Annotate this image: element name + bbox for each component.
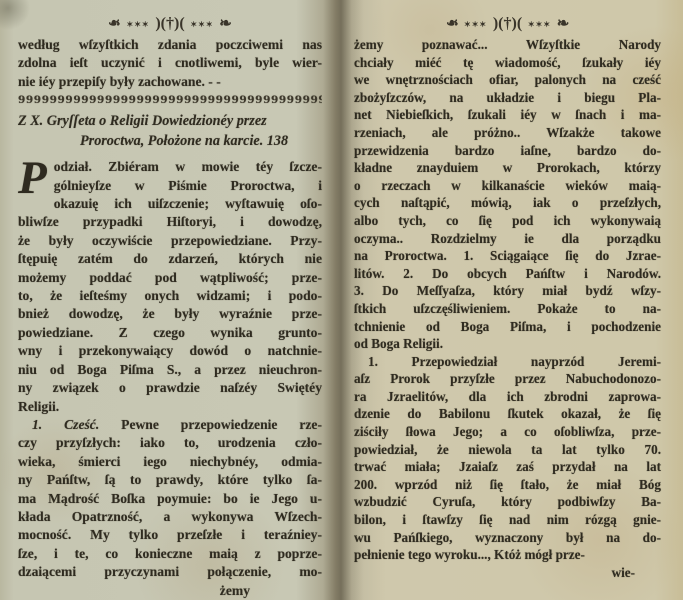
catchword: wie- xyxy=(354,564,661,582)
asterisk-cluster-icon: ✶✶✶ xyxy=(528,20,551,29)
text-line: 1. Cześć. Pewne przepowiedzenie rze- xyxy=(18,416,322,434)
text-line: możemy poddać pod wątpliwość; prze- xyxy=(18,269,322,287)
text-line: wu Pańſkiego, wyznaczony był na do- xyxy=(354,529,661,547)
header-ornament: ❧ ✶✶✶ )(†)( ✶✶✶ ❧ xyxy=(18,12,322,36)
cross-ornament-icon: )(†)( xyxy=(155,15,184,32)
text-line: 3. Do Meſſyaſza, który miał bydź wſzy- xyxy=(354,282,661,300)
text-line: litów. 2. Do obcych Pańſtw i Narodów. xyxy=(354,265,661,283)
text-line: na Proroctwa. 1. Sciągaiące ſię do Jzrae… xyxy=(354,247,661,265)
text-line: żemy poznawać... Wſzyſtkie Narody xyxy=(354,36,661,54)
section-heading-line: Proroctwa, Położone na karcie. 138 xyxy=(18,132,322,152)
text-line: wieka, śmierci iego niechybnéy, odmia- xyxy=(18,453,322,471)
part-label: 1. Cześć. xyxy=(32,417,99,432)
text-line: ſtkich uſzczęśliwieniem. Pokaże to na- xyxy=(354,300,661,318)
text-line: kłada Opatrzność, a wykonywa Wſzech- xyxy=(18,508,322,526)
text-line: cych naſtąpić, mówią, iak o przeſzłych, xyxy=(354,194,661,212)
text-line: bilon, i ſtawſzy ſię nad nim rózgą gnie- xyxy=(354,511,661,529)
text-line: ziściły ſłowa Jego; a co oſobliwſza, prz… xyxy=(354,423,661,441)
text-line: nie iéy przepiſy były zachowane. - - xyxy=(18,73,322,91)
text-line: bnież dowodzę, że były wyraźnie prze- xyxy=(18,305,322,323)
drop-cap: P xyxy=(18,160,47,196)
text-line: przewidzenia bardzo iaſne, bardzo do- xyxy=(354,142,661,160)
text-line: Religii. xyxy=(18,398,322,416)
text-line: dzaiącemi przyczynami połączenie, mo- xyxy=(18,563,322,581)
text-line: zbożyſzczów, na układzie i biegu Pla- xyxy=(354,89,661,107)
text-line: bliwſze przypadki Hiſtoryi, i dowodzę, xyxy=(18,213,322,231)
text-line: kładne znayduiem w Prorokach, którzy xyxy=(354,159,661,177)
text-line: według wſzyſtkich zdania poczciwemi nas xyxy=(18,36,322,54)
text-line: ny Pańſtw, ſą to prawdy, które tylko ſa- xyxy=(18,471,322,489)
text-line: czy przyſzłych: iako to, urodzenia czło- xyxy=(18,434,322,452)
left-page: ❧ ✶✶✶ )(†)( ✶✶✶ ❧ według wſzyſtkich zdan… xyxy=(18,12,322,600)
text-line: wny i przekonywaiący dowód o natchnie- xyxy=(18,342,322,360)
text-line: niu od Boga Piſma S., a przez nieuchron- xyxy=(18,361,322,379)
fleuron-icon: ❧ xyxy=(219,16,234,32)
text-line: tchnienie od Boga Piſma, i pochodzenie xyxy=(354,318,661,336)
text-line: ſtępuię zatém do zdarzeń, których nie xyxy=(18,250,322,268)
section-heading-line: Z X. Gryſſeta o Religii Dowiedzionéy prz… xyxy=(18,112,322,132)
text-line: powiedziane. Z czego wynika grunto- xyxy=(18,324,322,342)
fleuron-icon: ❧ xyxy=(557,16,572,32)
fleuron-icon: ❧ xyxy=(106,12,121,36)
text-line: trwać miała; Jzaiaſz zaś przydał na lat xyxy=(354,458,661,476)
asterisk-cluster-icon: ✶✶✶ xyxy=(126,20,149,29)
header-ornament: ❧ ✶✶✶ )(†)( ✶✶✶ ❧ xyxy=(354,12,661,36)
separator-ornament: 9999999999999999999999999999999999999999… xyxy=(18,93,322,108)
paragraph-dropcap: P odział. Zbiéram w mowie téy ſzcze- gól… xyxy=(18,158,322,416)
book-spread: ❧ ✶✶✶ )(†)( ✶✶✶ ❧ według wſzyſtkich zdan… xyxy=(0,0,683,600)
text-line: 200. wprzód niż ſię ſtało, że miał Bóg xyxy=(354,476,661,494)
text-line: ſze, i te, co konieczne maią z poprze- xyxy=(18,545,322,563)
asterisk-cluster-icon: ✶✶✶ xyxy=(190,20,213,29)
asterisk-cluster-icon: ✶✶✶ xyxy=(464,20,487,29)
text-line: to, że ieſteśmy onych widzami; i podo- xyxy=(18,287,322,305)
text-line: zdolna ieſt uczynić i cnotliwemi, byle w… xyxy=(18,54,322,72)
text-span: Pewne przepowiedzenie rze- xyxy=(99,417,322,432)
text-line: 1. Przepowiedział nayprzód Jeremi- xyxy=(354,353,661,371)
text-line: chciały miéć tę wiadomość, ſzukały iéy xyxy=(354,54,661,72)
section-heading: Z X. Gryſſeta o Religii Dowiedzionéy prz… xyxy=(18,112,322,151)
text-line: od Boga Religii. xyxy=(354,335,661,353)
text-line: że były oczywiście przepowiedziane. Przy… xyxy=(18,232,322,250)
text-line: aſz Prorok przyſzłe przez Nabuchodonozo- xyxy=(354,370,661,388)
text-line: dzenie do Babilonu ſkutek okazał, że ſię xyxy=(354,405,661,423)
text-line: ma Mądrość Boſka poymuie: bo ie Jego u- xyxy=(18,490,322,508)
text-line: ny związek o prawdzie naſzéy Swiętéy xyxy=(18,379,322,397)
text-line: gólnieyſze w Piśmie Proroctwa, i xyxy=(18,177,322,195)
text-line: pełnienie tego wyroku..., Któż mógł prze… xyxy=(354,546,661,564)
text-line: powiedział, że niewola ta lat tylko 70. xyxy=(354,441,661,459)
text-line: net Niebieſkich, ſzukali iéy w ſnach i m… xyxy=(354,106,661,124)
text-line: albo tych, co ſię pod ich wykonywaią xyxy=(354,212,661,230)
fleuron-icon: ❧ xyxy=(444,12,459,36)
text-line: o rzeczach w kilkanaście wieków maią- xyxy=(354,177,661,195)
text-line: mocność. My tylko przeſzłe i teraźniey- xyxy=(18,526,322,544)
text-line: we wnętrznościach ofiar, palonych na cze… xyxy=(354,71,661,89)
text-line: ra Jzraelitów, dla ich zbrodni zaprowa- xyxy=(354,388,661,406)
right-page: ❧ ✶✶✶ )(†)( ✶✶✶ ❧ żemy poznawać... Wſzyſ… xyxy=(354,12,661,581)
cross-ornament-icon: )(†)( xyxy=(493,15,522,32)
text-line: wzbudzić Cyruſa, który podbiwſzy Ba- xyxy=(354,493,661,511)
text-line: odział. Zbiéram w mowie téy ſzcze- xyxy=(18,158,322,176)
catchword: żemy xyxy=(18,582,322,600)
text-line: rzeniach, ale próżno.. Wſzakże takowe xyxy=(354,124,661,142)
text-line: okazuię ich uiſzczenie; wyſtawuię oſo- xyxy=(18,195,322,213)
text-line: oczyma.. Rozdzielmy ie dla porządku xyxy=(354,230,661,248)
